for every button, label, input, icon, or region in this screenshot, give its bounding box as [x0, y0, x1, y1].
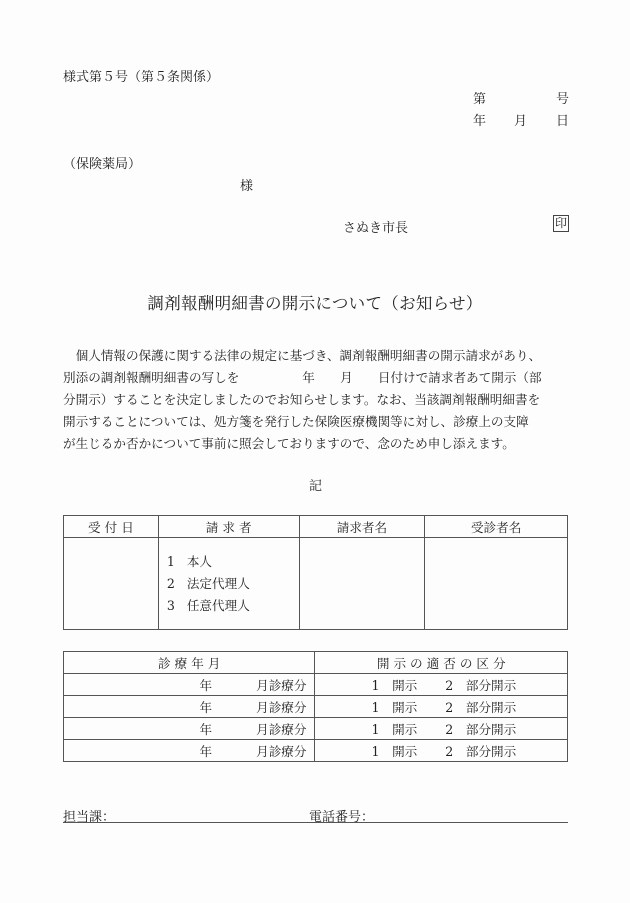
option-label: 本人: [187, 554, 212, 569]
ki-heading: 記: [309, 475, 322, 494]
disclosure-option-cell[interactable]: 1 開示2 部分開示: [315, 718, 568, 740]
patient-name-cell[interactable]: [425, 538, 568, 630]
treatment-period-cell[interactable]: 年月診療分: [64, 740, 315, 762]
header-reception-date: 受 付 日: [64, 516, 159, 538]
reception-date-cell[interactable]: [64, 538, 159, 630]
option-label: 任意代理人: [187, 598, 250, 613]
table-row: 年月診療分 1 開示2 部分開示: [64, 674, 568, 696]
option-number: 2: [167, 573, 187, 595]
header-disclosure-category: 開 示 の 適 否 の 区 分: [315, 652, 568, 674]
body-line: 個人情報の保護に関する法律の規定に基づき、調剤報酬明細書の開示請求があり、: [63, 345, 573, 367]
treatment-period-cell[interactable]: 年月診療分: [64, 696, 315, 718]
disclosure-option-cell[interactable]: 1 開示2 部分開示: [315, 674, 568, 696]
honorific: 様: [240, 175, 253, 194]
recipient-pharmacy: （保険薬局）: [63, 153, 141, 172]
option-full-disclosure[interactable]: 1 開示: [371, 678, 417, 693]
document-number-label: 第: [473, 88, 486, 107]
request-table: 受 付 日 請 求 者 請求者名 受診者名 1本人 2法定代理人 3任意代理人: [63, 515, 568, 630]
document-title: 調剤報酬明細書の開示について（お知らせ）: [0, 290, 630, 314]
option-partial-disclosure[interactable]: 2 部分開示: [445, 678, 516, 693]
body-text: 個人情報の保護に関する法律の規定に基づき、調剤報酬明細書の開示請求があり、 別添…: [63, 345, 573, 455]
requester-option-self[interactable]: 1本人: [167, 551, 299, 573]
header-requester-name: 請求者名: [299, 516, 425, 538]
option-number: 3: [167, 595, 187, 617]
option-partial-disclosure[interactable]: 2 部分開示: [445, 744, 516, 759]
document-number-suffix: 号: [556, 88, 569, 107]
date-year-label: 年: [473, 110, 486, 129]
body-line: 別添の調剤報酬明細書の写しを 年 月 日付けで請求者あて開示（部: [63, 367, 573, 389]
header-requester: 請 求 者: [158, 516, 299, 538]
option-full-disclosure[interactable]: 1 開示: [371, 700, 417, 715]
header-patient-name: 受診者名: [425, 516, 568, 538]
body-line: 分開示）することを決定しましたのでお知らせします。なお、当該調剤報酬明細書を: [63, 389, 573, 411]
option-full-disclosure[interactable]: 1 開示: [371, 722, 417, 737]
option-full-disclosure[interactable]: 1 開示: [371, 744, 417, 759]
table-row: 年月診療分 1 開示2 部分開示: [64, 696, 568, 718]
disclosure-table: 診 療 年 月 開 示 の 適 否 の 区 分 年月診療分 1 開示2 部分開示…: [63, 651, 568, 762]
table-row: 年月診療分 1 開示2 部分開示: [64, 718, 568, 740]
requester-option-legal-agent[interactable]: 2法定代理人: [167, 573, 299, 595]
table-row: 年月診療分 1 開示2 部分開示: [64, 740, 568, 762]
option-partial-disclosure[interactable]: 2 部分開示: [445, 700, 516, 715]
disclosure-option-cell[interactable]: 1 開示2 部分開示: [315, 696, 568, 718]
treatment-period-cell[interactable]: 年月診療分: [64, 674, 315, 696]
date-month-label: 月: [514, 110, 527, 129]
option-partial-disclosure[interactable]: 2 部分開示: [445, 722, 516, 737]
requester-name-cell[interactable]: [299, 538, 425, 630]
treatment-period-cell[interactable]: 年月診療分: [64, 718, 315, 740]
seal-icon: 印: [553, 215, 569, 232]
body-line: 開示することについては、処方箋を発行した保険医療機関等に対し、診療上の支障: [63, 411, 573, 433]
date-day-label: 日: [556, 110, 569, 129]
body-line: が生じるか否かについて事前に照会しておりますので、念のため申し添えます。: [63, 433, 573, 455]
sender-mayor: さぬき市長: [343, 217, 408, 236]
disclosure-option-cell[interactable]: 1 開示2 部分開示: [315, 740, 568, 762]
option-number: 1: [167, 551, 187, 573]
form-number: 様式第５号（第５条関係）: [63, 66, 219, 85]
footer-underline: [63, 822, 568, 823]
requester-type-cell[interactable]: 1本人 2法定代理人 3任意代理人: [158, 538, 299, 630]
requester-option-voluntary-agent[interactable]: 3任意代理人: [167, 595, 299, 617]
header-treatment-month: 診 療 年 月: [64, 652, 315, 674]
option-label: 法定代理人: [187, 576, 250, 591]
